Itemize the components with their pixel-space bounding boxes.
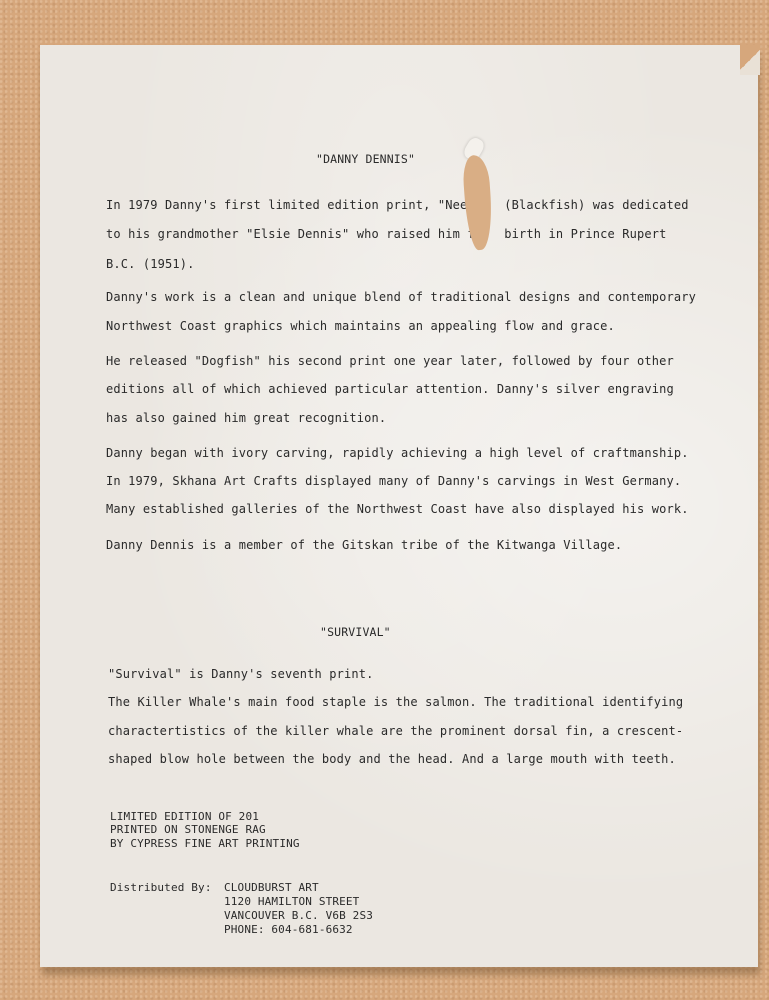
body-line: has also gained him great recognition. <box>106 411 386 425</box>
distributor-label: Distributed By: <box>110 881 212 894</box>
heading-survival: "SURVIVAL" <box>320 625 391 639</box>
body-line: He released "Dogfish" his second print o… <box>106 354 674 368</box>
body-line: Northwest Coast graphics which maintains… <box>106 319 615 333</box>
body-line: The Killer Whale's main food staple is t… <box>108 695 683 709</box>
heading-danny-dennis: "DANNY DENNIS" <box>316 152 415 166</box>
edition-line: PRINTED ON STONENGE RAG <box>110 823 266 836</box>
body-line: Danny Dennis is a member of the Gitskan … <box>106 538 622 552</box>
body-line: Danny's work is a clean and unique blend… <box>106 290 696 304</box>
distributor-line: PHONE: 604-681-6632 <box>224 923 353 936</box>
body-line: "Survival" is Danny's seventh print. <box>108 667 374 681</box>
distributor-line: VANCOUVER B.C. V6B 2S3 <box>224 909 373 922</box>
distributor-line: 1120 HAMILTON STREET <box>224 895 359 908</box>
body-line: In 1979, Skhana Art Crafts displayed man… <box>106 474 681 488</box>
body-line: shaped blow hole between the body and th… <box>108 752 676 766</box>
edition-line: LIMITED EDITION OF 201 <box>110 810 259 823</box>
body-line: editions all of which achieved particula… <box>106 382 674 396</box>
distributor-line: CLOUDBURST ART <box>224 881 319 894</box>
folded-corner <box>740 45 760 75</box>
body-line: to his grandmother "Elsie Dennis" who ra… <box>106 227 666 241</box>
body-line: Danny began with ivory carving, rapidly … <box>106 446 689 460</box>
body-line: charactertistics of the killer whale are… <box>108 724 683 738</box>
body-line: In 1979 Danny's first limited edition pr… <box>106 198 689 212</box>
body-line: B.C. (1951). <box>106 257 195 271</box>
body-line: Many established galleries of the Northw… <box>106 502 689 516</box>
edition-line: BY CYPRESS FINE ART PRINTING <box>110 837 300 850</box>
